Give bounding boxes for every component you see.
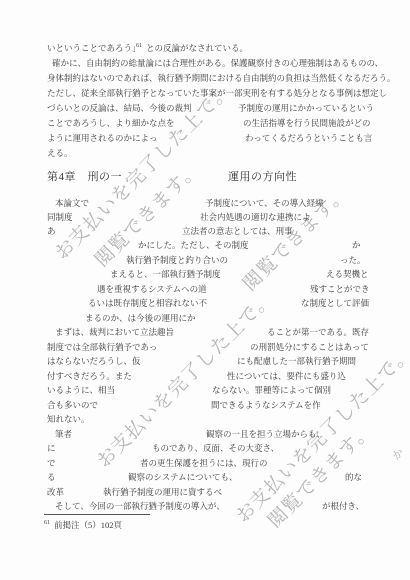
text-segment: に [47, 443, 56, 454]
footnote-divider [44, 514, 150, 515]
text-line: 同制度社会内処遇の適切な連携によ [0, 212, 410, 225]
text-segment: 遇を重視するシステムへの道 [97, 284, 207, 295]
text-segment: あ [47, 226, 56, 237]
document-page: お支払いを完了した上で。閲覧できます。閲覧できます。お支払いを完了した上で。お支… [0, 0, 410, 580]
text-segment: づらいとの反論は、結局、今後の裁判 [47, 103, 192, 114]
text-line: 付すべきだろう。また性については、要件にも盛り込 [0, 371, 410, 384]
text-segment: 合も多いので [47, 400, 98, 411]
text-line: 合も多いので間できるようなシステムを作 [0, 400, 410, 413]
text-segment: わってくるだろうということも言 [245, 133, 372, 144]
footnote-number: 61 [44, 518, 50, 529]
text-segment: ることが第一である。既存 [267, 327, 369, 338]
text-segment: 執行猶予制度の運用に資するべ [103, 487, 222, 498]
text-line: 身体制約はないのであれば、執行猶予期間における自由制約の負担は当然低くなるだろう… [0, 73, 410, 86]
text-segment: 筆者 [55, 429, 72, 440]
text-segment: った。 [340, 255, 366, 266]
text-segment: 予制度の運用にかかっているという [238, 103, 374, 114]
text-segment: まずは、裁判において立法趣旨 [55, 327, 174, 338]
text-segment: 社会内処遇の適切な連携によ [200, 212, 311, 223]
text-segment: はならないだろうし、仮 [47, 356, 141, 367]
text-line: づらいとの反論は、結局、今後の裁判予制度の運用にかかっているという [0, 103, 410, 116]
text-segment: る [47, 472, 56, 483]
text-line: える。 [0, 148, 410, 161]
text-segment: ように運用されるのかによっ [47, 133, 158, 144]
text-line: そして、今回の一部執行猶予制度の導入が、が根付き、 [0, 501, 410, 514]
text-line: いということであろう」61との反論がなされている。 [0, 43, 410, 56]
text-line: あ立法者の意志としては、刑事 [0, 226, 410, 239]
text-line: いるように、相当ならない。罪種等によって個別 [0, 385, 410, 398]
text-segment: 性については、要件にも盛り込 [227, 371, 346, 382]
text-segment: にも配慮した一部執行猶予期間 [237, 356, 356, 367]
text-segment: そして、今回の一部執行猶予制度の導入が、 [55, 501, 225, 512]
text-segment: 予制度について、その導入経緯 [205, 198, 324, 209]
text-segment: まえると、一部執行猶予制度 [110, 269, 221, 280]
text-segment: ことであろうし、より細かな点を [47, 118, 175, 129]
text-line: 本論文で予制度について、その導入経緯 [0, 198, 410, 211]
text-line: かにした。ただし、その制度か [0, 240, 410, 253]
text-line: 遇を重視するシステムへの道残すことができ [0, 284, 410, 297]
text-segment: な制度として評価 [301, 298, 369, 309]
text-segment: の刑罰処分にすることはあって [250, 342, 369, 353]
text-line: 知れない。 [0, 414, 410, 427]
text-line: るいは既存制度と相容れない不な制度として評価 [0, 298, 410, 311]
text-segment: 同制度 [47, 212, 73, 223]
text-line: 執行猶予制度と釣り合いのった。 [0, 255, 410, 268]
text-segment: 付すべきだろう。また [47, 371, 132, 382]
text-segment: ならない。罪種等によって個別 [212, 385, 331, 396]
footnote-ref: 61 [136, 41, 142, 52]
text-segment: いるように、相当 [47, 385, 115, 396]
text-segment: 的な [345, 472, 362, 483]
text-segment: 改革 [47, 487, 64, 498]
text-line: 制度では全部執行猶予であっの刑罰処分にすることはあって [0, 342, 410, 355]
footnote-text: 前掲注（5）102頁 [54, 520, 122, 531]
text-segment: まるのか、は今後の運用にか [85, 313, 196, 324]
text-segment: 確かに、自由制約の総量論には合理性がある。保護観察付きの心理強制はあるものの、 [52, 58, 383, 69]
text-segment: いということであろう」 [47, 43, 141, 54]
text-line: で者の更生保護を担うには、現行の [0, 458, 410, 471]
text-segment: 運用の方向性 [228, 171, 297, 184]
text-segment: 者の更生保護を担うには、現行の [140, 458, 268, 469]
text-line: 確かに、自由制約の総量論には合理性がある。保護観察付きの心理強制はあるものの、 [0, 58, 410, 71]
text-segment: える。 [47, 148, 73, 159]
text-segment: 立法者の意志としては、刑事 [182, 226, 293, 237]
text-segment: 残すことができ [310, 284, 370, 295]
chapter-heading: 第4章 刑の一運用の方向性 [0, 171, 410, 184]
text-segment: るいは既存制度と相容れない不 [88, 298, 207, 309]
text-segment: 本論文で [55, 198, 89, 209]
text-segment: える契機と [326, 269, 369, 280]
text-segment: 観察のシステムについても、 [128, 472, 237, 483]
text-segment: 第4章 刑の一 [47, 171, 122, 184]
text-segment: で [47, 458, 56, 469]
text-segment: かにした。ただし、その制度 [138, 240, 249, 251]
text-segment: 知れない。 [47, 414, 90, 425]
text-segment: 間できるようなシステムを作 [211, 400, 321, 411]
text-line: はならないだろうし、仮にも配慮した一部執行猶予期間 [0, 356, 410, 369]
text-line: 改革執行猶予制度の運用に資するべ [0, 487, 410, 500]
text-line: にものであり、反面、その大変さ、 [0, 443, 410, 456]
text-line: 筆者観察の一且を担う立場からも、 [0, 429, 410, 442]
text-segment: ものであり、反面、その大変さ、 [152, 443, 279, 454]
text-line: まるのか、は今後の運用にか [0, 313, 410, 326]
text-line: まえると、一部執行猶予制度える契機と [0, 269, 410, 282]
text-segment: 身体制約はないのであれば、執行猶予期間における自由制約の負担は当然低くなるだろう… [47, 73, 396, 84]
text-segment: との反論がなされている。 [146, 43, 248, 54]
text-segment: が根付き、 [322, 501, 364, 512]
text-line: ように運用されるのかによっわってくるだろうということも言 [0, 133, 410, 146]
text-segment: の生活指導を行う民間施設がどの [243, 118, 371, 129]
text-line: る観察のシステムについても、的な [0, 472, 410, 485]
text-segment: 制度では全部執行猶予であっ [47, 342, 157, 353]
text-segment: ただし、従来全部執行猶予となっていた事案が一部実刑を有する処分となる事例は想定し [47, 88, 387, 99]
text-segment: 観察の一且を担う立場からも、 [206, 429, 325, 440]
text-segment: か [352, 240, 361, 251]
text-line: ただし、従来全部執行猶予となっていた事案が一部実刑を有する処分となる事例は想定し [0, 88, 410, 101]
text-segment: 執行猶予制度と釣り合いの [126, 255, 228, 266]
text-line: ことであろうし、より細かな点をの生活指導を行う民間施設がどの [0, 118, 410, 131]
text-line: まずは、裁判において立法趣旨ることが第一である。既存 [0, 327, 410, 340]
